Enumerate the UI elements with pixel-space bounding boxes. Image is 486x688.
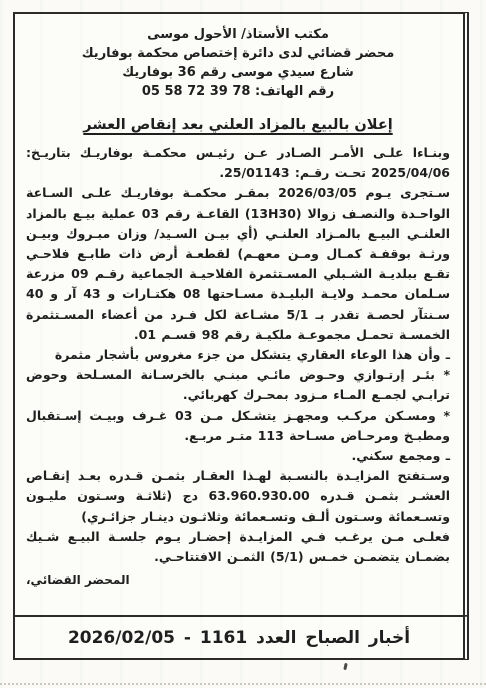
- paragraph-auction-details: سـتجرى يـوم 2026/03/05 بمقـر محكمـة بوفا…: [26, 183, 450, 345]
- paragraph-well-and-basin: * بئـر إرتـوازي وحـوض مائـي مبنـي بالخرس…: [26, 365, 450, 405]
- paragraph-bidder-requirements: فعلـى مـن يرغـب فـي المزايـدة إحضـار يـو…: [26, 527, 450, 567]
- newspaper-footer-box: أخبار الصباح العدد 1161 - 2026/02/05: [13, 615, 469, 660]
- office-phone-line: رقم الهاتف: 78 39 72 58 05: [26, 82, 450, 101]
- office-header: مكتب الأستاذ/ الأحول موسى محضر قضائي لدى…: [26, 25, 450, 101]
- scan-artifact-speck: [343, 663, 347, 670]
- bailiff-signature-line: المحضر القضائي،: [26, 573, 450, 587]
- notice-border-box: مكتب الأستاذ/ الأحول موسى محضر قضائي لدى…: [13, 12, 469, 617]
- scan-artifact-dotted-line: [0, 683, 486, 685]
- paragraph-opening-price: وسـتفتح المزايـدة بالنسـبة لهـذا العقـار…: [26, 466, 450, 527]
- bailiff-jurisdiction-line: محضر قضائي لدى دائرة إختصاص محكمة بوفاري…: [26, 44, 450, 63]
- paragraph-residential-complex: ـ ومجمع سكني.: [26, 446, 450, 466]
- notice-body: وبنـاءا علـى الأمـر الصـادر عـن رئيـس مح…: [26, 143, 450, 567]
- paragraph-court-order: وبنـاءا علـى الأمـر الصـادر عـن رئيـس مح…: [26, 143, 450, 183]
- paragraph-land-composition: ـ وأن هذا الوعاء العقاري يتشكل من جزء مغ…: [26, 345, 450, 365]
- office-address-line: شارع سيدي موسى رقم 36 بوفاريك: [26, 63, 450, 82]
- notice-title: إعلان بالبيع بالمزاد العلني بعد إنقاص ال…: [26, 117, 450, 133]
- paragraph-house-description: * ومسـكن مركـب ومجهـز يتشـكل مـن 03 غـرف…: [26, 406, 450, 446]
- newspaper-issue-and-date: أخبار الصباح العدد 1161 - 2026/02/05: [68, 628, 410, 648]
- office-name-line: مكتب الأستاذ/ الأحول موسى: [26, 25, 450, 44]
